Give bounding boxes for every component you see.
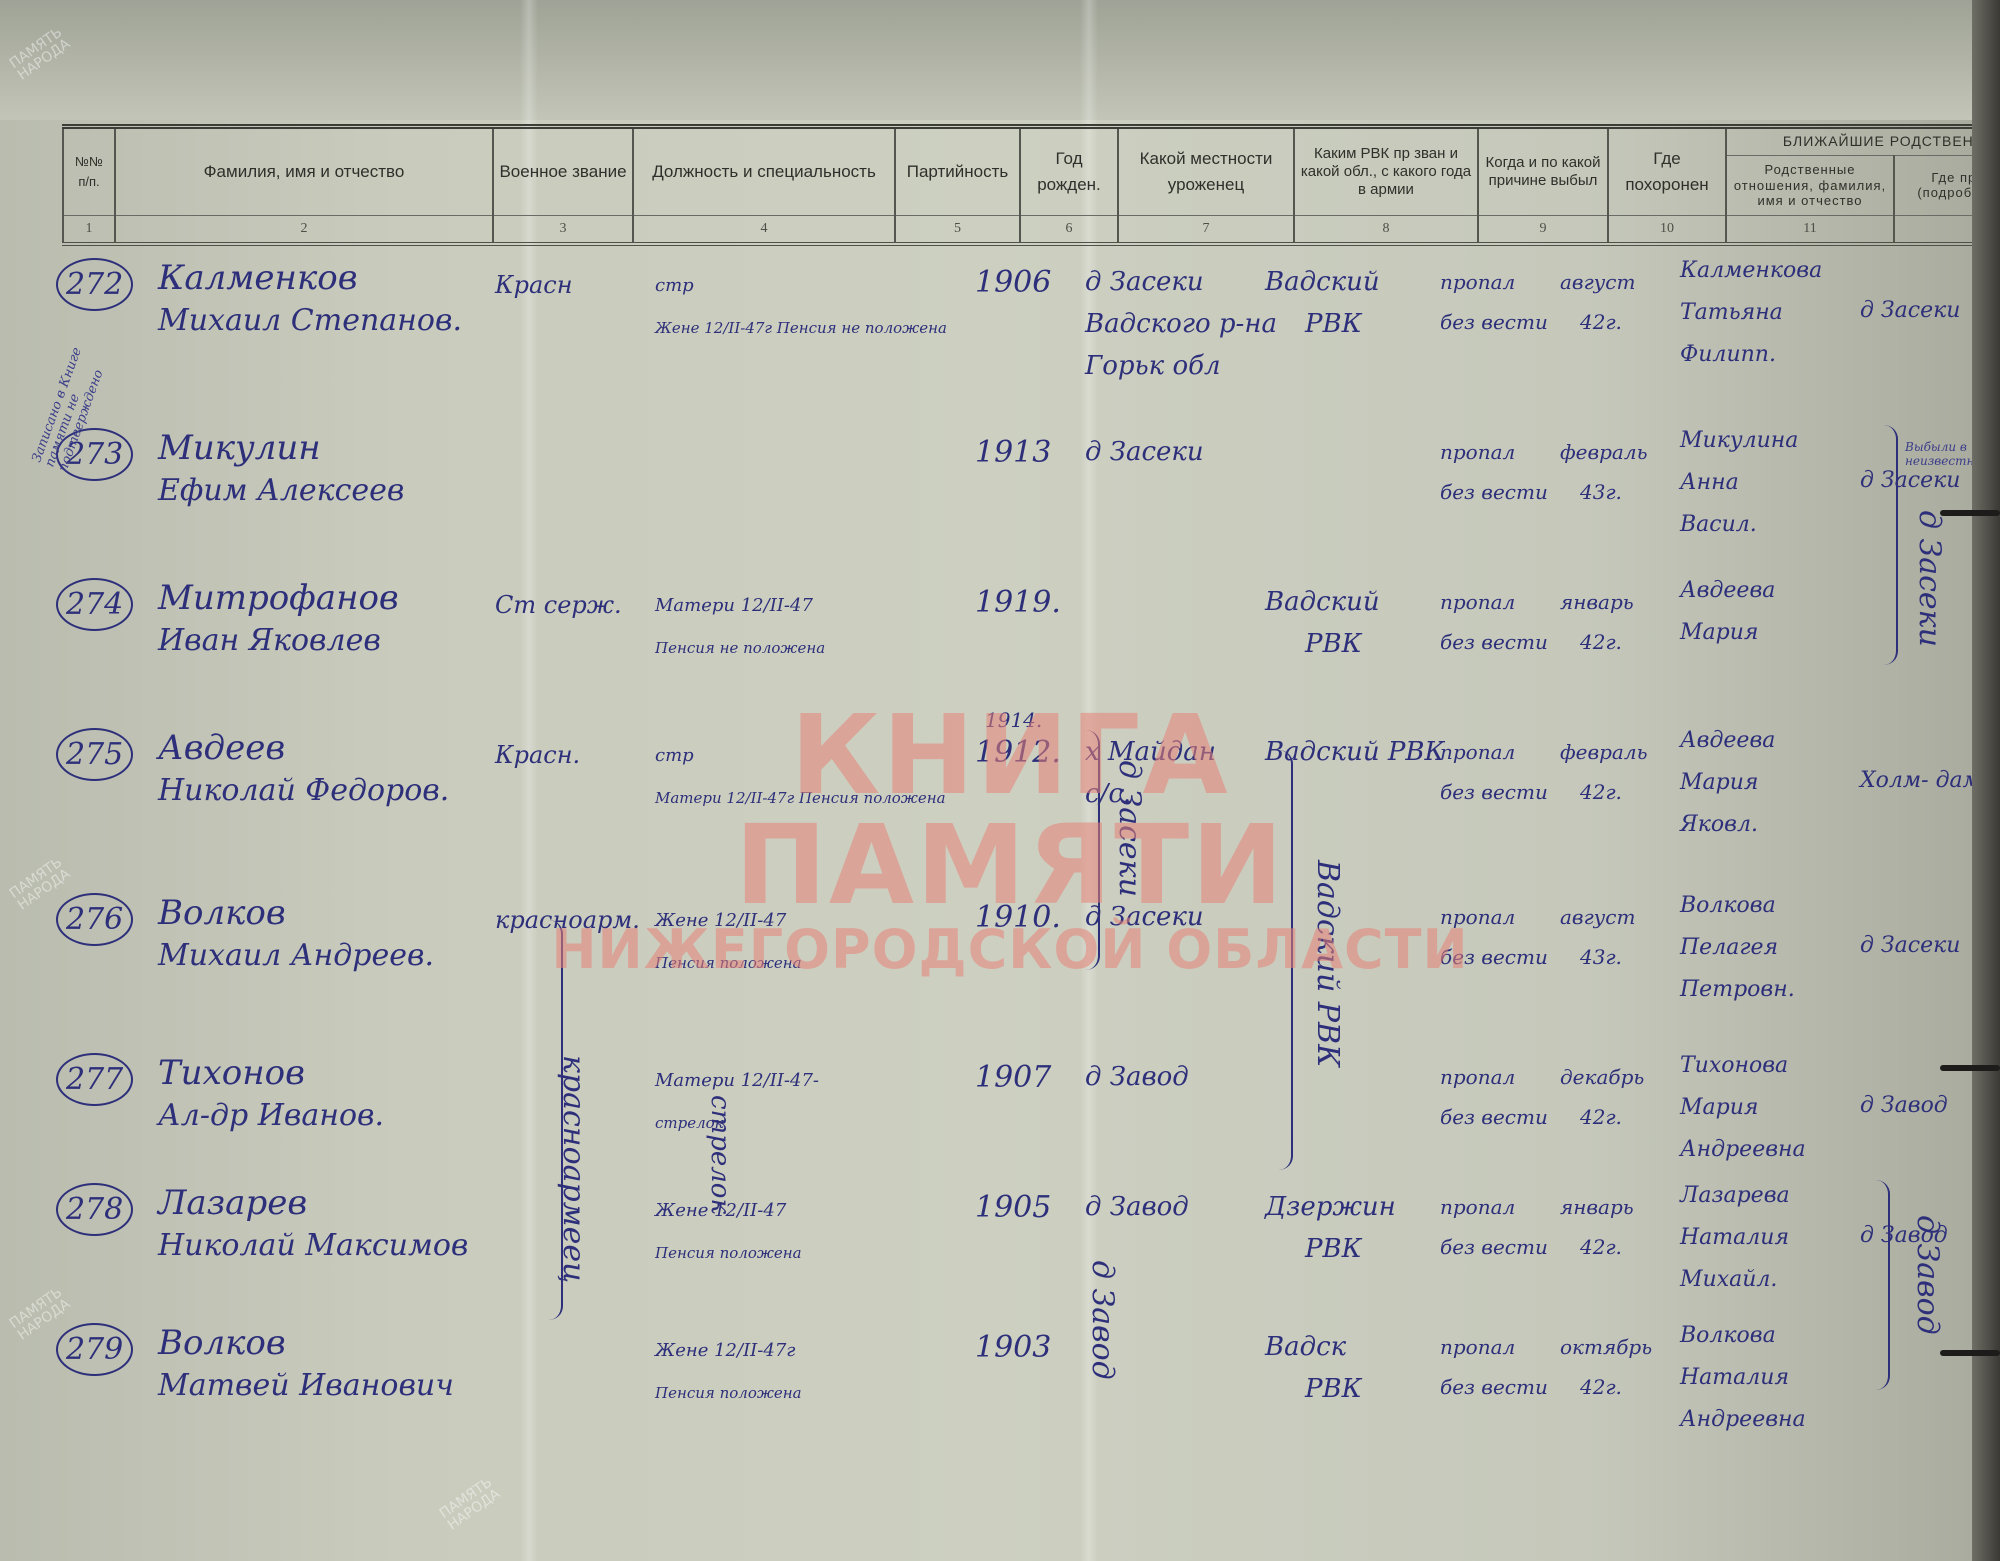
record-relative: Михайл. [1680, 1259, 1777, 1300]
record-rvk: Дзержин [1265, 1187, 1396, 1228]
record-number: 275 [56, 728, 133, 781]
col-group-relatives: БЛИЖАЙШИЕ РОДСТВЕННИКИ [1726, 127, 2000, 156]
record-given-names: Иван Яковлев [158, 620, 381, 661]
col-number: 6 [1020, 215, 1118, 244]
record-position: Жене 12/II-47г [655, 1330, 795, 1371]
record-date: декабрь [1560, 1057, 1644, 1098]
record-position-note: Пенсия положена [655, 1233, 802, 1274]
record-relative: Пелагея [1680, 927, 1778, 968]
record-date: 42г. [1580, 1367, 1622, 1408]
record-position-note: Жене 12/II-47г Пенсия не положена [655, 308, 947, 349]
vertical-note-address-2: д Завод [1910, 1215, 1945, 1335]
vertical-note-origin: д Засеки [1112, 760, 1147, 897]
record-birth-year: 1905 [975, 1187, 1051, 1228]
record-reason: пропал [1440, 897, 1515, 938]
vertical-note-origin-2: д Завод [1085, 1260, 1120, 1380]
col-number: 4 [633, 215, 895, 244]
record-reason: без вести [1440, 622, 1548, 663]
record-number: 277 [56, 1053, 133, 1106]
vertical-note-rank: красноармеец [556, 1055, 591, 1283]
col-number: 7 [1118, 215, 1294, 244]
col-header-birth-year: Год рожден. [1020, 127, 1118, 216]
record-number: 278 [56, 1183, 133, 1236]
record-position-note: Пенсия положена [655, 1373, 802, 1414]
record-reason: пропал [1440, 1187, 1515, 1228]
record-origin: Горьк обл [1085, 346, 1221, 387]
record-relative: Тихонова [1680, 1045, 1788, 1086]
record-surname: Митрофанов [158, 578, 399, 619]
column-number-row: 1 2 3 4 5 6 7 8 9 10 11 12 [63, 215, 2000, 244]
brace-mark [1275, 750, 1293, 1170]
record-surname: Авдеев [158, 728, 285, 769]
record-relative: Наталия [1680, 1217, 1789, 1258]
header-row: №№ п/п. Фамилия, имя и отчество Военное … [63, 127, 2000, 156]
record-position: Матери 12/II-47- [655, 1060, 819, 1101]
col-number: 1 [63, 215, 115, 244]
record-position: стр [655, 265, 694, 306]
record-date: 43г. [1580, 937, 1622, 978]
record-relative: Калменкова [1680, 250, 1822, 291]
record-relative: Авдеева [1680, 720, 1775, 761]
record-reason: пропал [1440, 1327, 1515, 1368]
record-date: октябрь [1560, 1327, 1652, 1368]
record-reason: без вести [1440, 1227, 1548, 1268]
record-surname: Волков [158, 893, 286, 934]
record-birth-year: 1907 [975, 1057, 1051, 1098]
record-date: 42г. [1580, 772, 1622, 813]
record-date: январь [1560, 582, 1634, 623]
record-given-names: Ефим Алексеев [158, 470, 404, 511]
record-relative: Мария [1680, 762, 1758, 803]
address-note: Выбыли в неизвестн. [1905, 440, 1975, 468]
col-header-burial: Где похоронен [1608, 127, 1726, 216]
col-number: 9 [1478, 215, 1608, 244]
record-origin: д Завод [1085, 1057, 1189, 1098]
record-given-names: Николай Федоров. [158, 770, 449, 811]
watermark-stamp: ПАМЯТЬ НАРОДА [429, 1470, 511, 1539]
record-reason: без вести [1440, 472, 1548, 513]
record-origin: д Засеки [1085, 897, 1204, 938]
record-birth-year: 1919. [975, 582, 1061, 623]
brace-mark [1880, 425, 1898, 665]
record-rank: Ст серж. [495, 585, 622, 626]
col-header-party: Партийность [895, 127, 1020, 216]
record-number: 276 [56, 893, 133, 946]
record-position-note: Матери 12/II-47г Пенсия положена [655, 778, 946, 819]
binder-spine [1972, 0, 2000, 1561]
record-date: 42г. [1580, 622, 1622, 663]
record-surname: Лазарев [158, 1183, 307, 1224]
record-relative: Микулина [1680, 420, 1798, 461]
record-reason: пропал [1440, 1057, 1515, 1098]
record-address: д Засеки [1860, 925, 1960, 966]
record-birth-year: 1910. [975, 897, 1061, 938]
col-header-origin: Какой местности уроженец [1118, 127, 1294, 216]
record-reason: пропал [1440, 582, 1515, 623]
record-birth-year: 1913 [975, 432, 1051, 473]
col-header-relative: Родственные отношения, фамилия, имя и от… [1726, 156, 1894, 216]
binder-ring [1940, 510, 2000, 516]
record-date: январь [1560, 1187, 1634, 1228]
vertical-note-position: стрелок [705, 1095, 735, 1214]
document-page: ПАМЯТЬ НАРОДА ПАМЯТЬ НАРОДА ПАМЯТЬ НАРОД… [0, 0, 1985, 1561]
col-number: 3 [493, 215, 633, 244]
record-position: стр [655, 735, 694, 776]
record-reason: без вести [1440, 772, 1548, 813]
record-surname: Тихонов [158, 1053, 305, 1094]
col-number: 10 [1608, 215, 1726, 244]
record-given-names: Михаил Степанов. [158, 300, 462, 341]
record-rank: красноарм. [495, 900, 640, 941]
col-header-reason: Когда и по какой причине выбыл [1478, 127, 1608, 216]
record-rvk: Вадск [1265, 1327, 1346, 1368]
record-relative: Лазарева [1680, 1175, 1790, 1216]
record-birth-year: 1903 [975, 1327, 1051, 1368]
col-number: 11 [1726, 215, 1894, 244]
vertical-note-address: д Засеки [1912, 510, 1947, 647]
record-position-note: Пенсия положена [655, 943, 802, 984]
record-given-names: Николай Максимов [158, 1225, 468, 1266]
record-reason: без вести [1440, 937, 1548, 978]
page-top-shadow [0, 0, 2000, 120]
record-reason: без вести [1440, 1367, 1548, 1408]
record-relative: Мария [1680, 612, 1758, 653]
record-date: август [1560, 897, 1635, 938]
col-header-position: Должность и специальность [633, 127, 895, 216]
record-given-names: Ал-др Иванов. [158, 1095, 384, 1136]
record-surname: Волков [158, 1323, 286, 1364]
record-reason: пропал [1440, 732, 1515, 773]
record-date: 42г. [1580, 1227, 1622, 1268]
brace-mark [1082, 730, 1100, 970]
record-given-names: Михаил Андреев. [158, 935, 434, 976]
record-rvk: РВК [1305, 304, 1362, 345]
record-origin: х Майдан [1085, 732, 1216, 773]
record-date: 42г. [1580, 1097, 1622, 1138]
brace-mark [1872, 1180, 1890, 1390]
record-date: 43г. [1580, 472, 1622, 513]
record-position: Жене 12/II-47 [655, 900, 786, 941]
record-relative: Васил. [1680, 504, 1757, 545]
record-rvk: Вадский [1265, 582, 1380, 623]
binder-ring [1940, 1065, 2000, 1071]
record-date: февраль [1560, 732, 1647, 773]
record-surname: Микулин [158, 428, 321, 469]
record-reason: пропал [1440, 432, 1515, 473]
record-number: 279 [56, 1323, 133, 1376]
record-rvk: РВК [1305, 1369, 1362, 1410]
record-relative: Андреевна [1680, 1129, 1806, 1170]
col-header-number: №№ п/п. [63, 127, 115, 216]
col-number: 2 [115, 215, 493, 244]
binder-ring [1940, 1350, 2000, 1356]
record-number: 274 [56, 578, 133, 631]
record-rank: Красн [495, 265, 573, 306]
record-rvk: Вадский [1265, 262, 1380, 303]
record-address: д Засеки [1860, 290, 1960, 331]
record-position-note: Пенсия не положена [655, 628, 825, 669]
record-relative: Авдеева [1680, 570, 1775, 611]
record-date: август [1560, 262, 1635, 303]
record-origin: Вадского р-на [1085, 304, 1277, 345]
record-surname: Калменков [158, 258, 358, 299]
col-number: 5 [895, 215, 1020, 244]
record-rank: Красн. [495, 735, 580, 776]
col-number: 8 [1294, 215, 1478, 244]
record-relative: Анна [1680, 462, 1739, 503]
record-rvk: РВК [1305, 1229, 1362, 1270]
record-given-names: Матвей Иванович [158, 1365, 454, 1406]
record-address: д Завод [1860, 1085, 1948, 1126]
record-position: Матери 12/II-47 [655, 585, 813, 626]
record-origin: д Засеки [1085, 432, 1204, 473]
record-origin: д Засеки [1085, 262, 1204, 303]
col-header-name: Фамилия, имя и отчество [115, 127, 493, 216]
record-birth-year-alt: 1914. [985, 700, 1042, 741]
record-relative: Волкова [1680, 1315, 1776, 1356]
record-reason: без вести [1440, 302, 1548, 343]
record-origin: д Завод [1085, 1187, 1189, 1228]
record-date: февраль [1560, 432, 1647, 473]
record-relative: Филипп. [1680, 334, 1776, 375]
col-header-rank: Военное звание [493, 127, 633, 216]
record-relative: Волкова [1680, 885, 1776, 926]
record-reason: пропал [1440, 262, 1515, 303]
record-rvk: РВК [1305, 624, 1362, 665]
casualty-register-table: №№ п/п. Фамилия, имя и отчество Военное … [62, 124, 2000, 246]
record-number: 272 [56, 258, 133, 311]
record-relative: Татьяна [1680, 292, 1783, 333]
record-date: 42г. [1580, 302, 1622, 343]
record-relative: Андреевна [1680, 1399, 1806, 1440]
record-relative: Мария [1680, 1087, 1758, 1128]
record-reason: без вести [1440, 1097, 1548, 1138]
col-header-rvk: Каким РВК пр зван и какой обл., с какого… [1294, 127, 1478, 216]
record-relative: Петровн. [1680, 969, 1795, 1010]
record-birth-year: 1906 [975, 262, 1051, 303]
vertical-note-rvk: Вадский РВК [1310, 860, 1345, 1067]
record-relative: Наталия [1680, 1357, 1789, 1398]
record-relative: Яковл. [1680, 804, 1758, 845]
